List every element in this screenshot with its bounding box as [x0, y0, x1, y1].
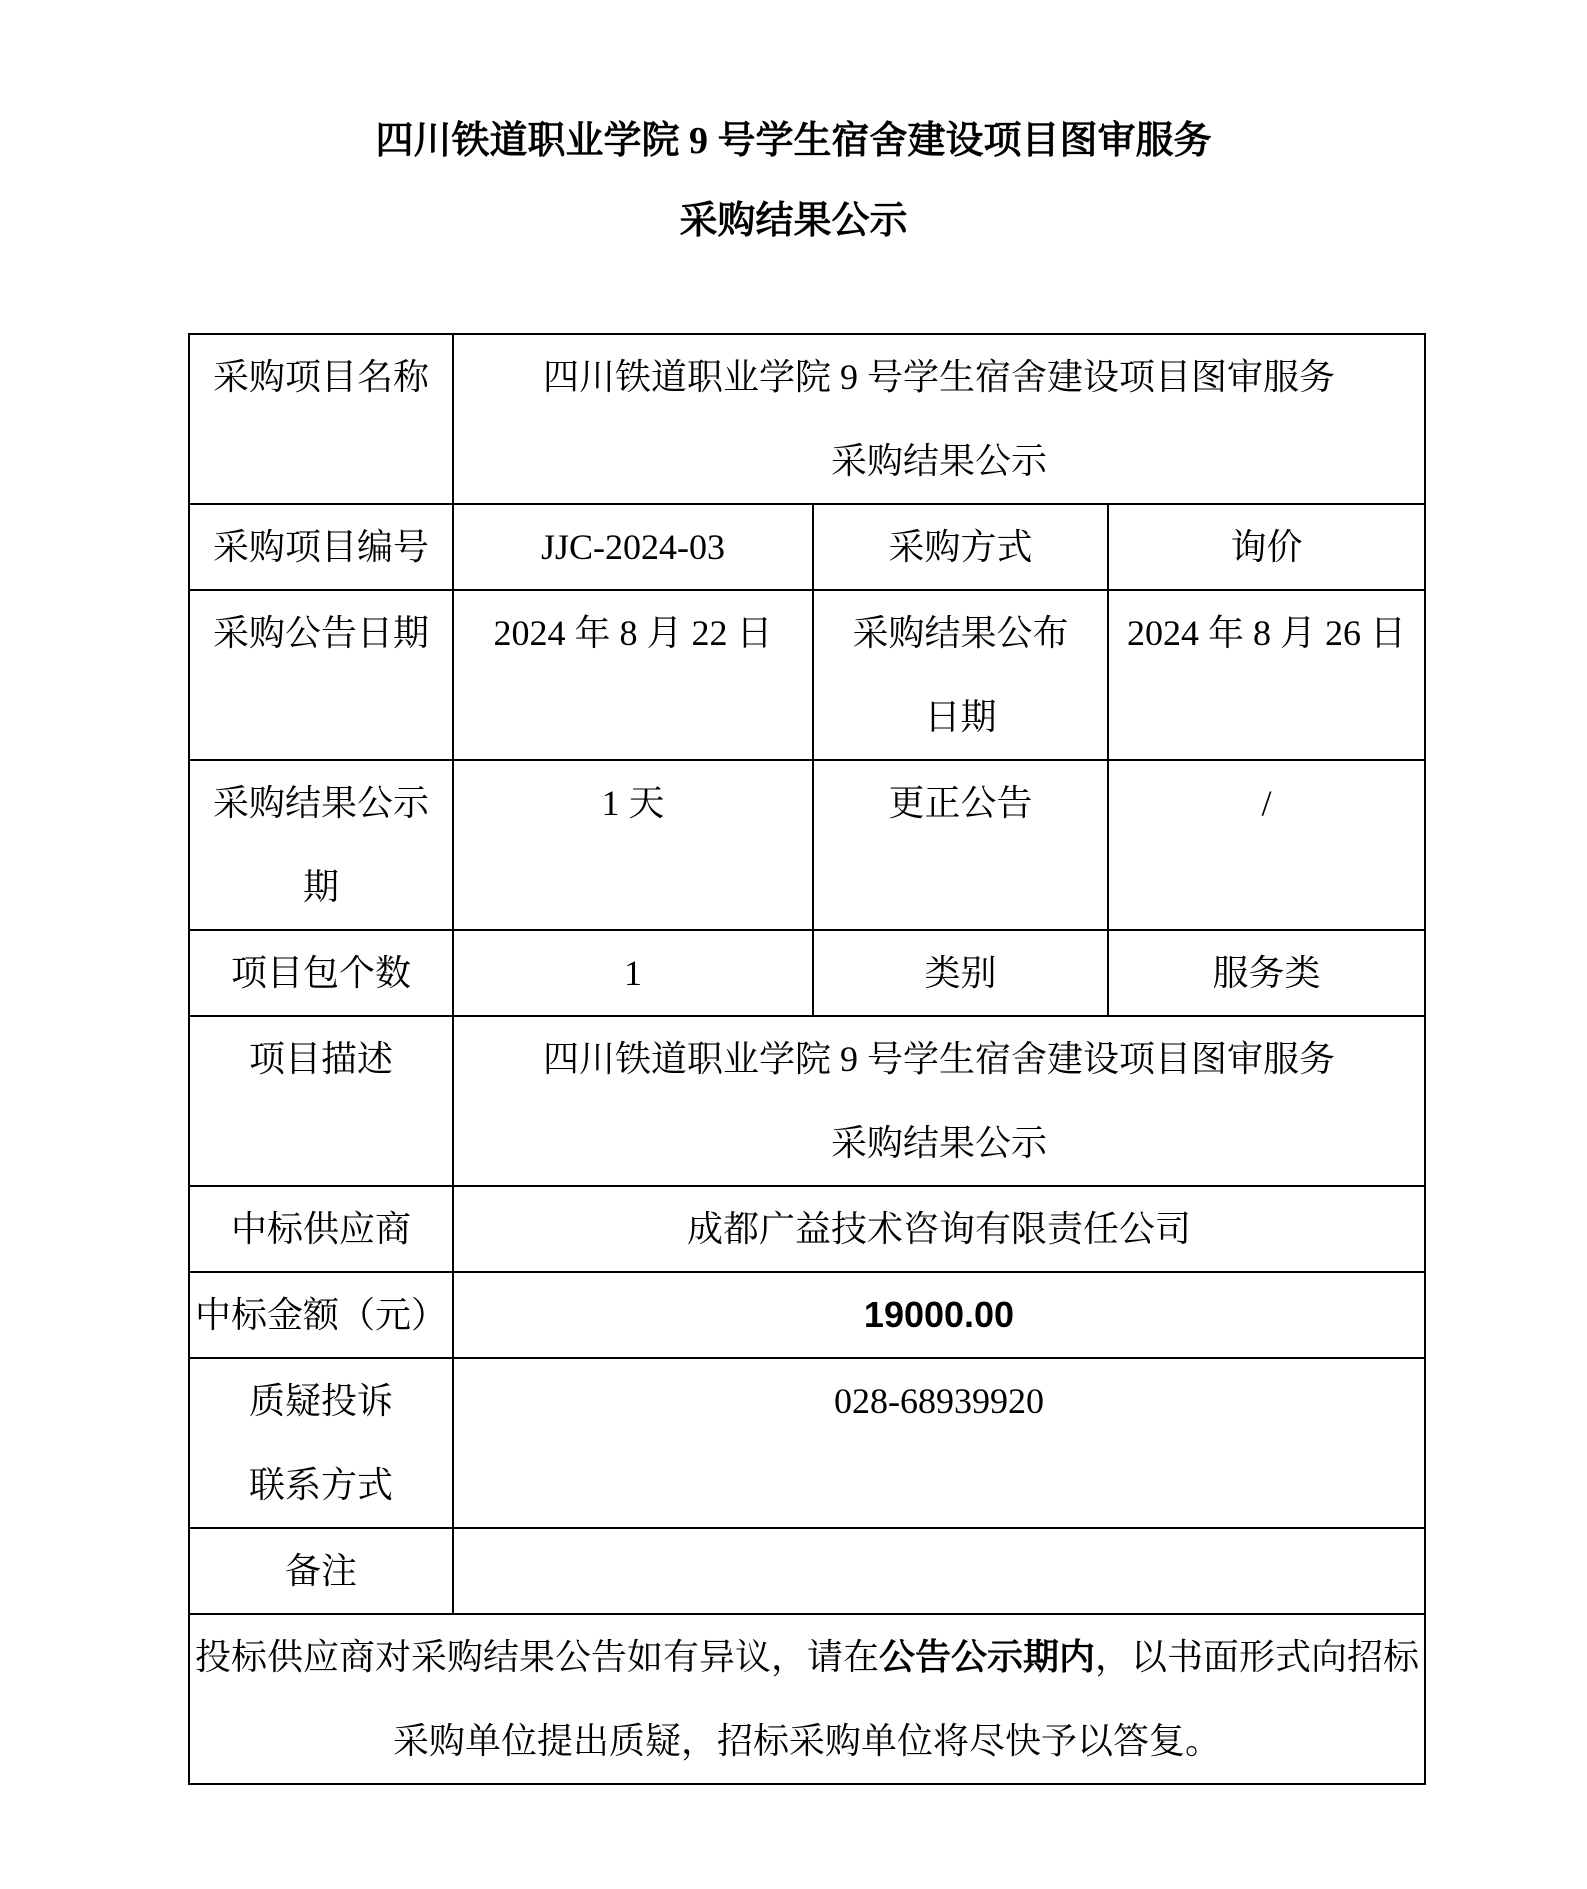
- row-publicity-period: 采购结果公示 期 1 天 更正公告 /: [189, 760, 1425, 930]
- procurement-result-table: 采购项目名称 四川铁道职业学院 9 号学生宿舍建设项目图审服务 采购结果公示 采…: [188, 333, 1426, 1785]
- label-package-count: 项目包个数: [189, 930, 453, 1016]
- row-project-name: 采购项目名称 四川铁道职业学院 9 号学生宿舍建设项目图审服务 采购结果公示: [189, 334, 1425, 504]
- label-result-publish-date-line2: 日期: [814, 675, 1107, 759]
- label-result-publish-date-line1: 采购结果公布: [814, 591, 1107, 675]
- value-project-name-line1: 四川铁道职业学院 9 号学生宿舍建设项目图审服务: [454, 335, 1424, 419]
- value-project-description-line1: 四川铁道职业学院 9 号学生宿舍建设项目图审服务: [454, 1017, 1424, 1101]
- label-complaint-contact: 质疑投诉 联系方式: [189, 1358, 453, 1528]
- objection-note: 投标供应商对采购结果公告如有异议，请在公告公示期内，以书面形式向招标采购单位提出…: [189, 1614, 1425, 1784]
- label-project-description: 项目描述: [189, 1016, 453, 1186]
- row-project-description: 项目描述 四川铁道职业学院 9 号学生宿舍建设项目图审服务 采购结果公示: [189, 1016, 1425, 1186]
- label-announcement-date: 采购公告日期: [189, 590, 453, 760]
- label-publicity-period-line2: 期: [190, 845, 452, 929]
- label-category: 类别: [813, 930, 1108, 1016]
- label-result-publish-date: 采购结果公布 日期: [813, 590, 1108, 760]
- document-title-line2: 采购结果公示: [0, 181, 1587, 261]
- value-project-description: 四川铁道职业学院 9 号学生宿舍建设项目图审服务 采购结果公示: [453, 1016, 1425, 1186]
- label-publicity-period: 采购结果公示 期: [189, 760, 453, 930]
- label-winning-amount: 中标金额（元）: [189, 1272, 453, 1358]
- value-package-count: 1: [453, 930, 813, 1016]
- row-remarks: 备注: [189, 1528, 1425, 1614]
- value-remarks: [453, 1528, 1425, 1614]
- row-package-count: 项目包个数 1 类别 服务类: [189, 930, 1425, 1016]
- value-category: 服务类: [1108, 930, 1425, 1016]
- label-project-number: 采购项目编号: [189, 504, 453, 590]
- value-announcement-date: 2024 年 8 月 22 日: [453, 590, 813, 760]
- value-procurement-method: 询价: [1108, 504, 1425, 590]
- value-complaint-contact: 028-68939920: [453, 1358, 1425, 1528]
- label-correction-notice: 更正公告: [813, 760, 1108, 930]
- label-publicity-period-line1: 采购结果公示: [190, 761, 452, 845]
- document-title-line1: 四川铁道职业学院 9 号学生宿舍建设项目图审服务: [0, 101, 1587, 181]
- label-winning-supplier: 中标供应商: [189, 1186, 453, 1272]
- value-winning-supplier: 成都广益技术咨询有限责任公司: [453, 1186, 1425, 1272]
- value-project-number: JJC-2024-03: [453, 504, 813, 590]
- value-correction-notice: /: [1108, 760, 1425, 930]
- row-winning-supplier: 中标供应商 成都广益技术咨询有限责任公司: [189, 1186, 1425, 1272]
- row-objection-note: 投标供应商对采购结果公告如有异议，请在公告公示期内，以书面形式向招标采购单位提出…: [189, 1614, 1425, 1784]
- objection-note-pre: 投标供应商对采购结果公告如有异议，请在: [195, 1637, 879, 1677]
- objection-note-bold: 公告公示期内: [879, 1637, 1095, 1677]
- label-project-name: 采购项目名称: [189, 334, 453, 504]
- label-remarks: 备注: [189, 1528, 453, 1614]
- document-page: 四川铁道职业学院 9 号学生宿舍建设项目图审服务 采购结果公示 采购项目名称 四…: [0, 0, 1587, 1889]
- row-announcement-date: 采购公告日期 2024 年 8 月 22 日 采购结果公布 日期 2024 年 …: [189, 590, 1425, 760]
- value-publicity-period: 1 天: [453, 760, 813, 930]
- row-winning-amount: 中标金额（元） 19000.00: [189, 1272, 1425, 1358]
- label-complaint-contact-line1: 质疑投诉: [190, 1359, 452, 1443]
- document-title: 四川铁道职业学院 9 号学生宿舍建设项目图审服务 采购结果公示: [0, 101, 1587, 261]
- label-procurement-method: 采购方式: [813, 504, 1108, 590]
- value-project-description-line2: 采购结果公示: [454, 1101, 1424, 1185]
- value-winning-amount: 19000.00: [453, 1272, 1425, 1358]
- value-project-name-line2: 采购结果公示: [454, 419, 1424, 503]
- row-project-number: 采购项目编号 JJC-2024-03 采购方式 询价: [189, 504, 1425, 590]
- row-complaint-contact: 质疑投诉 联系方式 028-68939920: [189, 1358, 1425, 1528]
- label-complaint-contact-line2: 联系方式: [190, 1443, 452, 1527]
- value-result-publish-date: 2024 年 8 月 26 日: [1108, 590, 1425, 760]
- value-project-name: 四川铁道职业学院 9 号学生宿舍建设项目图审服务 采购结果公示: [453, 334, 1425, 504]
